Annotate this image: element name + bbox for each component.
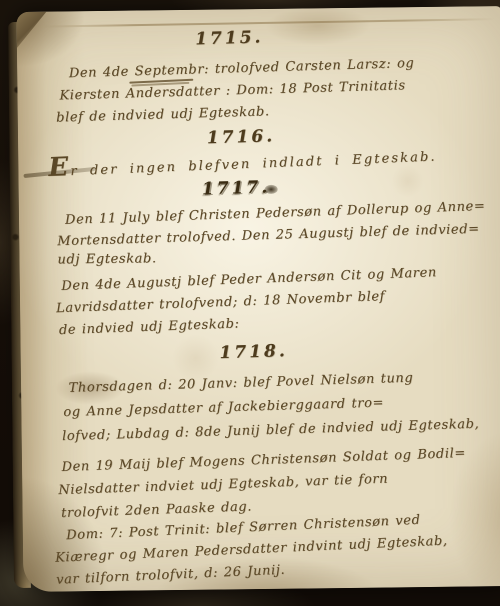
- corner-fold: [16, 12, 46, 48]
- entry-1717-2: Den 4de Augustj blef Peder Andersøn Cit …: [55, 262, 439, 342]
- year-heading-1717: 1717.: [163, 176, 309, 200]
- year-heading-1718: 1718.: [180, 340, 327, 364]
- year-heading-1716: 1716.: [168, 125, 315, 149]
- entry-1717-1: Den 11 July blef Christen Pedersøn af Do…: [57, 200, 486, 271]
- manuscript-photo: 1715. Den 4de Septembr: trolofved Carste…: [0, 0, 500, 606]
- entry-1718-1: Thorsdagen d: 20 Janv: blef Povel Nielsø…: [62, 365, 479, 449]
- entry-1715-1: Den 4de Septembr: trolofved Carsten Lars…: [53, 53, 416, 130]
- year-heading-1715: 1715.: [157, 26, 303, 50]
- manuscript-page: 1715. Den 4de Septembr: trolofved Carste…: [16, 6, 500, 592]
